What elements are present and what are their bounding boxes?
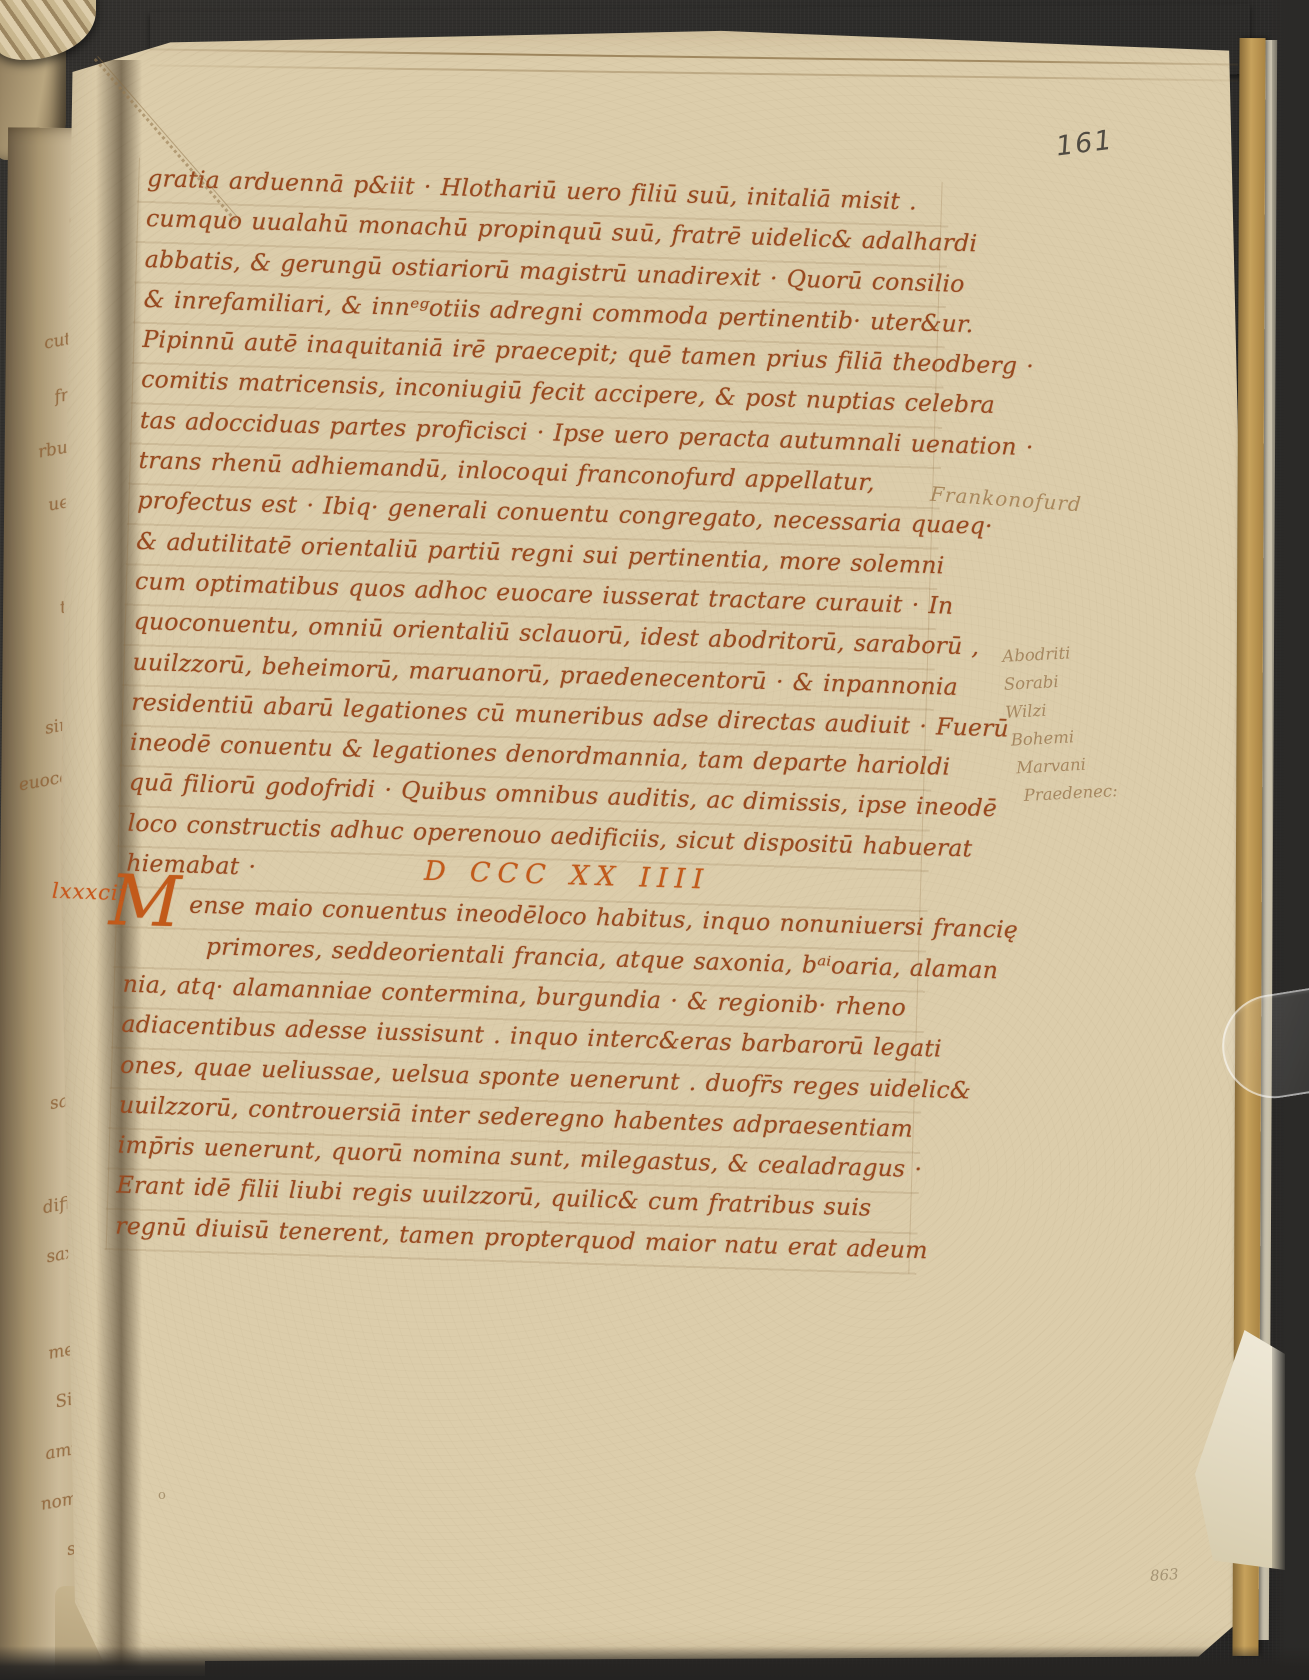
margin-tribe-notes: Abodriti Sorabi Wilzi Bohemi Marvani Pra… xyxy=(1002,637,1119,810)
margin-note: Praedenec: xyxy=(1009,777,1118,811)
text-block: gratia arduennā p&iit · Hlothariū uero f… xyxy=(115,158,996,1271)
background-bottom xyxy=(0,1646,1309,1680)
faint-folio-mark: 863 xyxy=(1149,1565,1179,1585)
manuscript-photo: ationi tat cutusest fratrib; rbusfulta u… xyxy=(0,0,1309,1680)
small-ink-mark: o xyxy=(158,1488,166,1503)
margin-chapter-numeral: lxxxcii xyxy=(52,879,127,906)
background-right xyxy=(1272,0,1309,1680)
spine-endband xyxy=(0,0,96,60)
year-heading-rubric: D CCC XX IIII xyxy=(424,856,711,896)
